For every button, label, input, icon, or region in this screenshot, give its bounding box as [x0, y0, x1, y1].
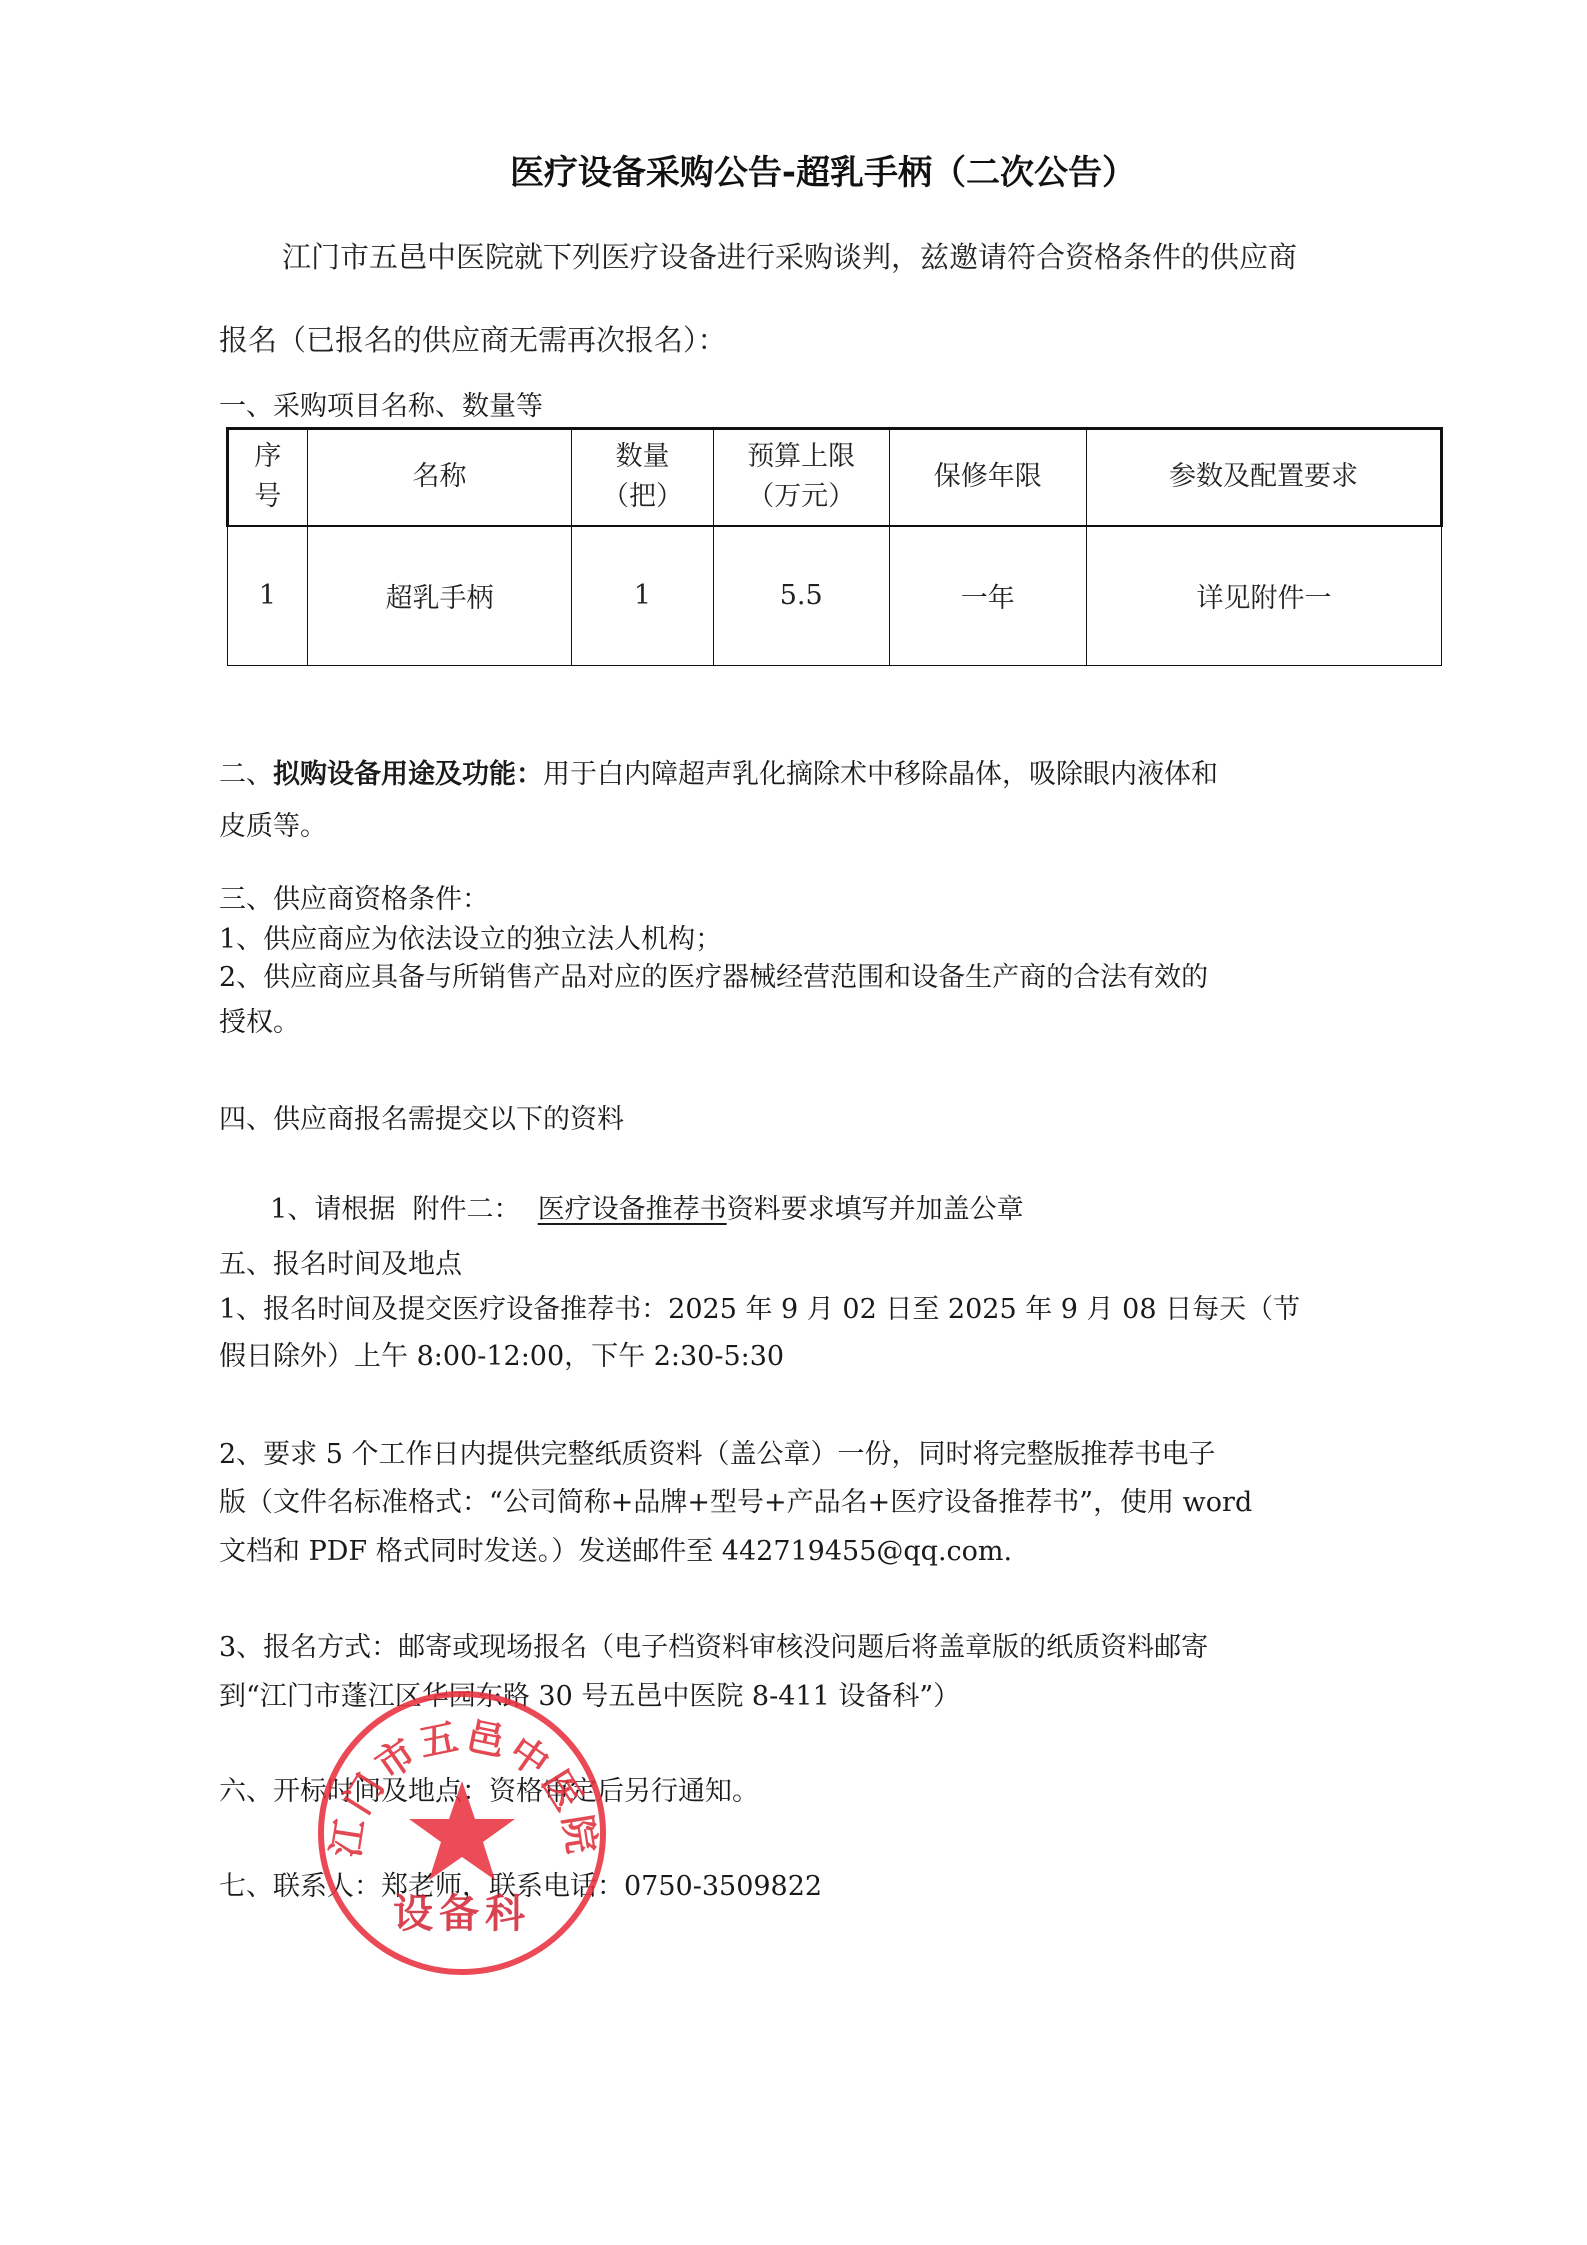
- cell-budget: 5.5: [713, 526, 889, 666]
- table-header-row: 序号 名称 数量（把） 预算上限（万元） 保修年限 参数及配置要求: [228, 429, 1442, 526]
- section3-item-2: 2、供应商应具备与所销售产品对应的医疗器械经营范围和设备生产商的合法有效的: [219, 958, 1208, 998]
- header-name: 名称: [307, 429, 571, 526]
- procurement-items-table: 序号 名称 数量（把） 预算上限（万元） 保修年限 参数及配置要求 1 超乳手柄…: [226, 427, 1443, 666]
- section4-heading: 四、供应商报名需提交以下的资料: [219, 1100, 624, 1140]
- header-requirements: 参数及配置要求: [1086, 429, 1441, 526]
- cell-name: 超乳手柄: [307, 526, 571, 666]
- section2-line-1: 二、拟购设备用途及功能：用于白内障超声乳化摘除术中移除晶体，吸除眼内液体和: [219, 755, 1218, 795]
- section5-item2-line3: 文档和 PDF 格式同时发送。）发送邮件至 442719455@qq.com.: [219, 1532, 1012, 1572]
- recommendation-form-link[interactable]: 医疗设备推荐书: [538, 1194, 727, 1225]
- section5-item2-line1: 2、要求 5 个工作日内提供完整纸质资料（盖公章）一份，同时将完整版推荐书电子: [219, 1435, 1216, 1475]
- section7-heading: 七、联系人：: [219, 1871, 381, 1902]
- section3-item-1: 1、供应商应为依法设立的独立法人机构；: [219, 920, 722, 960]
- table-row: 1 超乳手柄 1 5.5 一年 详见附件一: [228, 526, 1442, 666]
- official-seal-stamp: 江门市五邑中医院 设备科: [316, 1689, 608, 1977]
- section2-number: 二、: [219, 759, 273, 790]
- cell-warranty: 一年: [889, 526, 1086, 666]
- intro-line-1: 江门市五邑中医院就下列医疗设备进行采购谈判，兹邀请符合资格条件的供应商: [282, 237, 1297, 277]
- cell-quantity: 1: [572, 526, 714, 666]
- cell-requirements: 详见附件一: [1086, 526, 1441, 666]
- section1-heading: 一、采购项目名称、数量等: [219, 387, 543, 427]
- cell-index: 1: [228, 526, 308, 666]
- section3-item-2-cont: 授权。: [219, 1003, 300, 1043]
- section3-heading: 三、供应商资格条件：: [219, 880, 489, 920]
- section6-heading: 六、开标时间及地点：: [219, 1776, 489, 1807]
- section6-body: 资格审定后另行通知。: [489, 1776, 759, 1807]
- section7-body: 郑老师，联系电话：0750-3509822: [381, 1871, 822, 1902]
- section5-heading: 五、报名时间及地点: [219, 1245, 462, 1285]
- section5-item2-line2: 版（文件名标准格式：“公司简称+品牌+型号+产品名+医疗设备推荐书”，使用 wo…: [219, 1483, 1252, 1523]
- section5-item3-line1: 3、报名方式：邮寄或现场报名（电子档资料审核没问题后将盖章版的纸质资料邮寄: [219, 1628, 1208, 1668]
- section5-item1-line2: 假日除外）上午 8:00-12:00，下午 2:30-5:30: [219, 1337, 784, 1377]
- section4-item-1: 1、请根据 附件二： 医疗设备推荐书资料要求填写并加盖公章: [253, 1150, 1024, 1190]
- header-quantity: 数量（把）: [572, 429, 714, 526]
- section2-body: 用于白内障超声乳化摘除术中移除晶体，吸除眼内液体和: [543, 759, 1218, 790]
- section5-item3-line2: 到“江门市蓬江区华园东路 30 号五邑中医院 8-411 设备科”）: [219, 1677, 960, 1717]
- header-warranty: 保修年限: [889, 429, 1086, 526]
- intro-line-2: 报名（已报名的供应商无需再次报名）：: [219, 320, 727, 360]
- section4-item-prefix: 1、请根据 附件二：: [270, 1194, 520, 1225]
- section6-line: 六、开标时间及地点：资格审定后另行通知。: [219, 1772, 759, 1812]
- section2-line-2: 皮质等。: [219, 807, 327, 847]
- section4-item-suffix: 资料要求填写并加盖公章: [727, 1194, 1024, 1225]
- header-budget: 预算上限（万元）: [713, 429, 889, 526]
- document-title: 医疗设备采购公告-超乳手柄（二次公告）: [0, 150, 1587, 196]
- section7-line: 七、联系人：郑老师，联系电话：0750-3509822: [219, 1867, 822, 1907]
- header-index: 序号: [228, 429, 308, 526]
- section2-heading: 拟购设备用途及功能：: [273, 759, 543, 790]
- section5-item1-line1: 1、报名时间及提交医疗设备推荐书：2025 年 9 月 02 日至 2025 年…: [219, 1290, 1300, 1330]
